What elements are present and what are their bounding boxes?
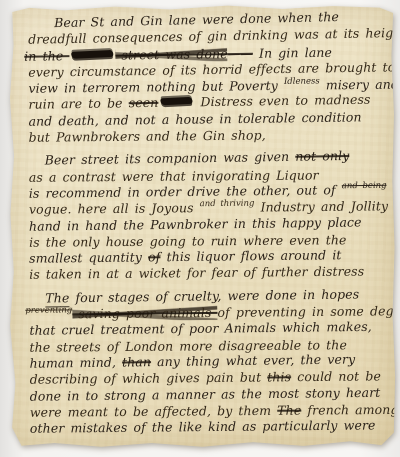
- text-segment: The: [277, 402, 301, 417]
- text-segment: but Pawnbrokers and the Gin shop,: [29, 128, 266, 145]
- text-segment: describing of which gives pain but: [30, 370, 268, 387]
- text-line: other mistakes of the like kind as parti…: [30, 417, 391, 437]
- text-segment: in the: [24, 48, 69, 64]
- text-segment: of: [148, 249, 161, 264]
- paragraph: The four stages of cruelty, were done in…: [29, 289, 391, 437]
- text-segment: other mistakes of the like kind as parti…: [30, 418, 376, 436]
- text-segment: any thing what ever, the very: [151, 351, 355, 369]
- text-line: that cruel treatment of poor Animals whi…: [29, 319, 390, 339]
- manuscript-text: Bear St and Gin lane were done when thed…: [28, 14, 391, 444]
- text-segment: smallest quantity: [29, 250, 148, 266]
- text-segment: and thriving: [200, 199, 255, 210]
- text-segment: is taken in at a wicket for fear of furt…: [29, 264, 364, 282]
- text-segment: four stages of cruelty, were done in hop…: [69, 286, 359, 305]
- text-segment: that cruel treatment of poor Animals whi…: [29, 319, 371, 338]
- text-segment: Beer street its companion was given: [45, 149, 296, 168]
- text-segment: The: [45, 290, 69, 307]
- text-segment: vogue. here all is Joyous: [29, 200, 200, 217]
- text-segment: saving poor animals: [72, 305, 217, 321]
- paragraph: Bear St and Gin lane were done when thed…: [28, 14, 390, 146]
- paragraph: Beer street its companion was given not …: [29, 152, 391, 284]
- ink-blot: [71, 49, 113, 58]
- text-segment: Industry and Jollity go: [254, 198, 400, 214]
- paper-shadow: Bear St and Gin lane were done when thed…: [0, 0, 400, 457]
- text-line: but Pawnbrokers and the Gin shop,: [29, 126, 390, 146]
- text-segment: ruin are to be: [28, 96, 128, 112]
- text-segment: human mind,: [29, 354, 122, 370]
- text-segment: seen: [129, 95, 159, 110]
- text-segment: street was done: [115, 46, 227, 62]
- text-segment: were meant to be affected, by them: [30, 403, 278, 420]
- text-line: is taken in at a wicket for fear of furt…: [29, 264, 390, 284]
- text-segment: of preventing in some degree: [217, 303, 400, 320]
- text-segment: could not be: [291, 369, 381, 385]
- text-segment: In gin lane: [253, 44, 332, 60]
- text-segment: Distress even to madness: [194, 92, 370, 110]
- text-segment: ——: [228, 45, 253, 60]
- text-line: Beer street its companion was given not …: [29, 148, 390, 170]
- text-segment: is recommend in order drive the other, o…: [29, 182, 342, 201]
- ink-blot: [160, 97, 192, 106]
- text-segment: Idleness: [284, 77, 320, 87]
- text-segment: misery and: [320, 77, 399, 93]
- text-segment: preventing: [25, 305, 72, 315]
- text-segment: this: [267, 369, 291, 384]
- manuscript-scan: Bear St and Gin lane were done when thed…: [0, 0, 400, 457]
- text-segment: as a contrast were that invigorating Liq…: [29, 167, 319, 184]
- text-segment: french among: [301, 402, 398, 418]
- paper-sheet: Bear St and Gin lane were done when thed…: [6, 3, 397, 450]
- text-segment: not only: [295, 148, 349, 164]
- text-segment: and being: [342, 181, 387, 192]
- text-segment: this liquor flows around it: [160, 247, 341, 264]
- text-segment: than: [122, 354, 151, 369]
